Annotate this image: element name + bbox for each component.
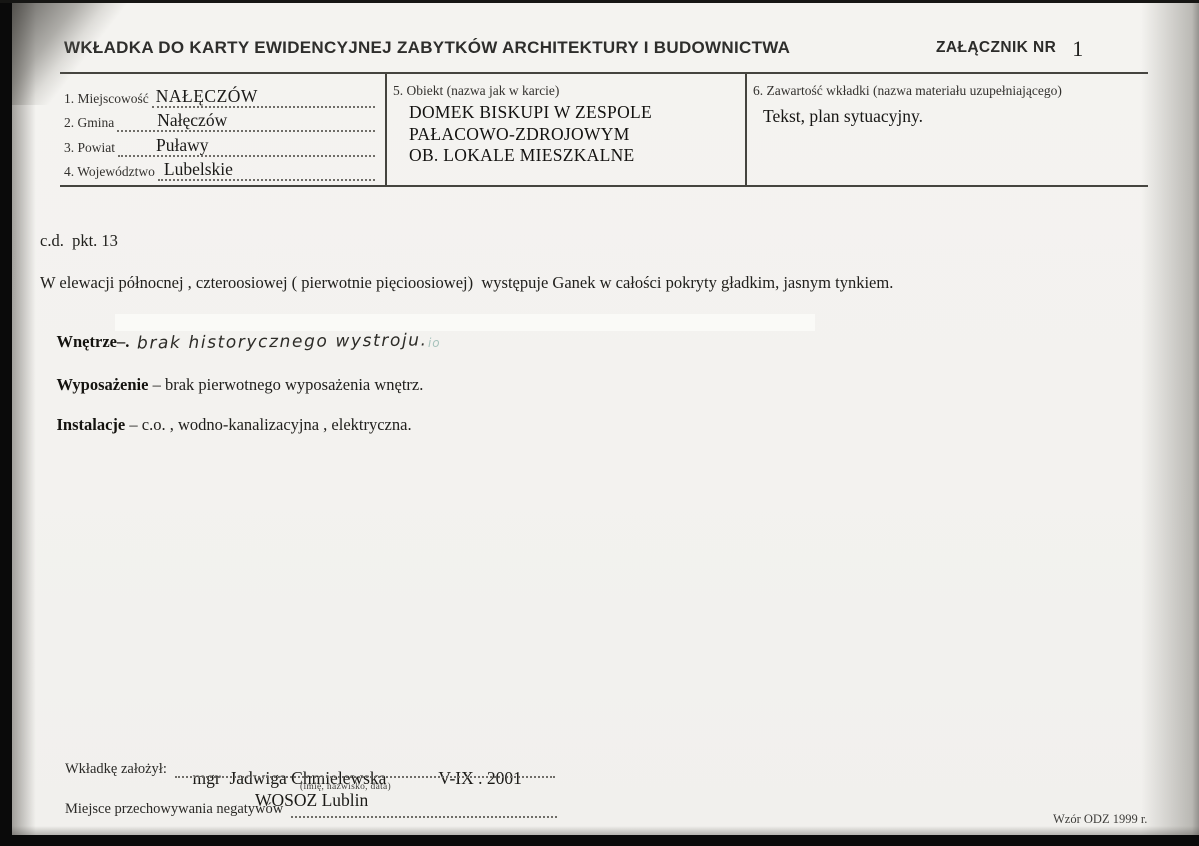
created-by-row: Wkładkę założył: <box>65 760 555 778</box>
field-label: 2. Gmina <box>64 115 114 132</box>
attachment-number: 1 <box>1072 36 1083 62</box>
installations-label: Instalacje <box>57 415 126 434</box>
faded-ink-mark: io <box>428 336 441 350</box>
page-title: WKŁADKA DO KARTY EWIDENCYJNEJ ZABYTKÓW A… <box>64 38 790 58</box>
object-cell-label: 5. Obiekt (nazwa jak w karcie) <box>393 83 737 99</box>
object-name-value: DOMEK BISKUPI W ZESPOLE PAŁACOWO-ZDROJOW… <box>409 102 737 167</box>
dotted-line: Puławy <box>118 133 375 157</box>
attachment-label: ZAŁĄCZNIK NR <box>936 39 1056 57</box>
field-gmina: 2. Gmina Nałęczów <box>64 108 375 133</box>
equipment-text: – brak pierwotnego wyposażenia wnętrz. <box>148 375 423 394</box>
field-powiat: 3. Powiat Puławy <box>64 132 375 157</box>
negatives-storage-label: Miejsce przechowywania negatywów <box>65 801 283 818</box>
dotted-line: Nałęczów <box>117 108 375 132</box>
dotted-line <box>291 804 557 818</box>
installations-line: Instalacje – c.o. , wodno-kanalizacyjna … <box>40 395 412 455</box>
scan-edge-bottom <box>0 835 1199 846</box>
field-value: Puławy <box>156 135 209 156</box>
field-miejscowosc: 1. Miejscowość NAŁĘCZÓW <box>64 83 375 108</box>
field-label: 1. Miejscowość <box>64 91 149 108</box>
created-by-label: Wkładkę założył: <box>65 761 167 778</box>
field-value: NAŁĘCZÓW <box>156 86 258 107</box>
correction-smudge <box>115 314 815 331</box>
dotted-line: NAŁĘCZÓW <box>152 84 375 108</box>
description-paragraph: W elewacji północnej , czteroosiowej ( p… <box>40 273 893 293</box>
field-label: 4. Województwo <box>64 164 155 181</box>
dotted-line: Lubelskie <box>158 157 375 181</box>
installations-text: – c.o. , wodno-kanalizacyjna , elektrycz… <box>125 415 411 434</box>
contents-cell-label: 6. Zawartość wkładki (nazwa materiału uz… <box>753 83 1140 99</box>
field-label: 3. Powiat <box>64 140 115 157</box>
header-info-table: 1. Miejscowość NAŁĘCZÓW 2. Gmina Nałęczó… <box>60 74 1148 187</box>
field-value: Nałęczów <box>157 110 227 131</box>
object-name-cell: 5. Obiekt (nazwa jak w karcie) DOMEK BIS… <box>385 74 745 185</box>
insert-contents-cell: 6. Zawartość wkładki (nazwa materiału uz… <box>745 74 1148 185</box>
negatives-storage-row: Miejsce przechowywania negatywów <box>65 800 557 818</box>
scanned-document: WKŁADKA DO KARTY EWIDENCYJNEJ ZABYTKÓW A… <box>0 0 1199 846</box>
field-wojewodztwo: 4. Województwo Lubelskie <box>64 157 375 182</box>
template-note: Wzór ODZ 1999 r. <box>1053 812 1147 827</box>
interior-label: Wnętrze–. <box>57 332 130 351</box>
continuation-note: c.d. pkt. 13 <box>40 231 118 251</box>
field-value: Lubelskie <box>164 159 233 180</box>
attachment-number-block: ZAŁĄCZNIK NR 1 <box>936 36 1083 62</box>
interior-handwritten-note: brak historycznego wystroju. <box>137 330 428 353</box>
dotted-line <box>175 764 555 778</box>
contents-value: Tekst, plan sytuacyjny. <box>763 106 1140 127</box>
location-fields-cell: 1. Miejscowość NAŁĘCZÓW 2. Gmina Nałęczó… <box>60 74 385 185</box>
equipment-label: Wyposażenie <box>57 375 149 394</box>
object-name-line: DOMEK BISKUPI W ZESPOLE <box>409 102 737 124</box>
object-name-line: PAŁACOWO-ZDROJOWYM <box>409 124 737 146</box>
object-name-line: OB. LOKALE MIESZKALNE <box>409 145 737 167</box>
